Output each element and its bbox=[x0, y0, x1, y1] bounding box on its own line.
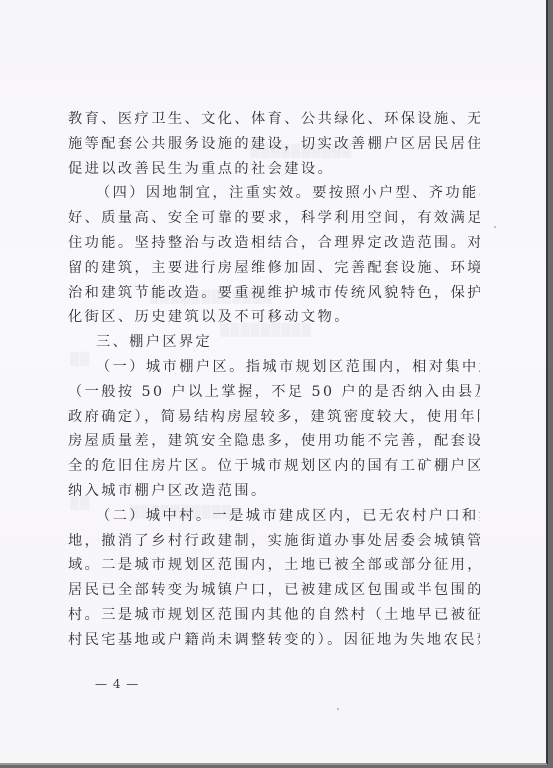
text-line: 地，撤消了乡村行政建制，实施街道办事处居委会城镇管理的区 bbox=[68, 529, 480, 554]
section-heading: 三、棚户区界定 bbox=[68, 330, 480, 355]
text-line: （一般按 50 户以上掌握，不足 50 户的是否纳入由县及以上人民 bbox=[68, 380, 480, 405]
text-line: 住功能。坚持整治与改造相结合，合理界定改造范围。对规划保 bbox=[68, 231, 480, 256]
paragraph-item-4: （四）因地制宜，注重实效。要按照小户型、齐功能、配套 好、质量高、安全可靠的要求… bbox=[68, 181, 480, 330]
text-line: 全的危旧住房片区。位于城市规划区内的国有工矿棚户区，统一 bbox=[68, 454, 480, 479]
text-line: （一）城市棚户区。指城市规划区范围内，相对集中连片的 bbox=[68, 355, 480, 380]
text-line: 治和建筑节能改造。要重视维护城市传统风貌特色，保护历史文 bbox=[68, 281, 480, 306]
text-line: （四）因地制宜，注重实效。要按照小户型、齐功能、配套 bbox=[68, 181, 480, 206]
scan-speck bbox=[494, 226, 496, 228]
paragraph-urban-village: （二）城中村。一是城市建成区内，已无农村户口和集体用 地，撤消了乡村行政建制，实… bbox=[68, 504, 480, 653]
text-line: 留的建筑，主要进行房屋维修加固、完善配套设施、环境综合整 bbox=[68, 256, 480, 281]
document-body: 教育、医疗卫生、文化、体育、公共绿化、环保设施、无障碍设 施等配套公共服务设施的… bbox=[68, 107, 480, 653]
text-line: 居民已全部转变为城镇户口，已被建成区包围或半包围的自然 bbox=[68, 578, 480, 603]
paragraph-continuation: 教育、医疗卫生、文化、体育、公共绿化、环保设施、无障碍设 施等配套公共服务设施的… bbox=[68, 107, 480, 181]
document-page: ▒▒▒▒▒▒▒▒▒▒ ▒▒▒▒▒▒▒▒▒▒▒▒ ▒▒▒▒▒▒▒▒▒ ▒▒ ▒▒ … bbox=[0, 0, 548, 765]
text-line: 村。三是城市规划区范围内其他的自然村（土地早已被征收，但 bbox=[68, 603, 480, 628]
text-line: 化街区、历史建筑以及不可移动文物。 bbox=[68, 305, 480, 330]
text-line: 村民宅基地或户籍尚未调整转变的）。因征地为失地农民建设的 bbox=[68, 628, 480, 653]
text-line: （二）城中村。一是城市建成区内，已无农村户口和集体用 bbox=[68, 504, 480, 529]
text-line: 纳入城市棚户区改造范围。 bbox=[68, 479, 480, 504]
text-line: 促进以改善民生为重点的社会建设。 bbox=[68, 157, 480, 182]
text-line: 施等配套公共服务设施的建设，切实改善棚户区居民居住条件， bbox=[68, 132, 480, 157]
text-line: 域。二是城市规划区范围内，土地已被全部或部分征用，原农村 bbox=[68, 553, 480, 578]
scan-speck bbox=[337, 708, 339, 710]
text-line: 教育、医疗卫生、文化、体育、公共绿化、环保设施、无障碍设 bbox=[68, 107, 480, 132]
paragraph-urban-shantytown: （一）城市棚户区。指城市规划区范围内，相对集中连片的 （一般按 50 户以上掌握… bbox=[68, 355, 480, 504]
page-number: — 4 — bbox=[95, 677, 139, 691]
text-line: 好、质量高、安全可靠的要求，科学利用空间，有效满足基本居 bbox=[68, 206, 480, 231]
section-title: 三、棚户区界定 bbox=[68, 330, 480, 355]
text-line: 房屋质量差，建筑安全隐患多，使用功能不完善，配套设施不齐 bbox=[68, 429, 480, 454]
text-line: 政府确定），简易结构房屋较多，建筑密度较大，使用年限久， bbox=[68, 405, 480, 430]
